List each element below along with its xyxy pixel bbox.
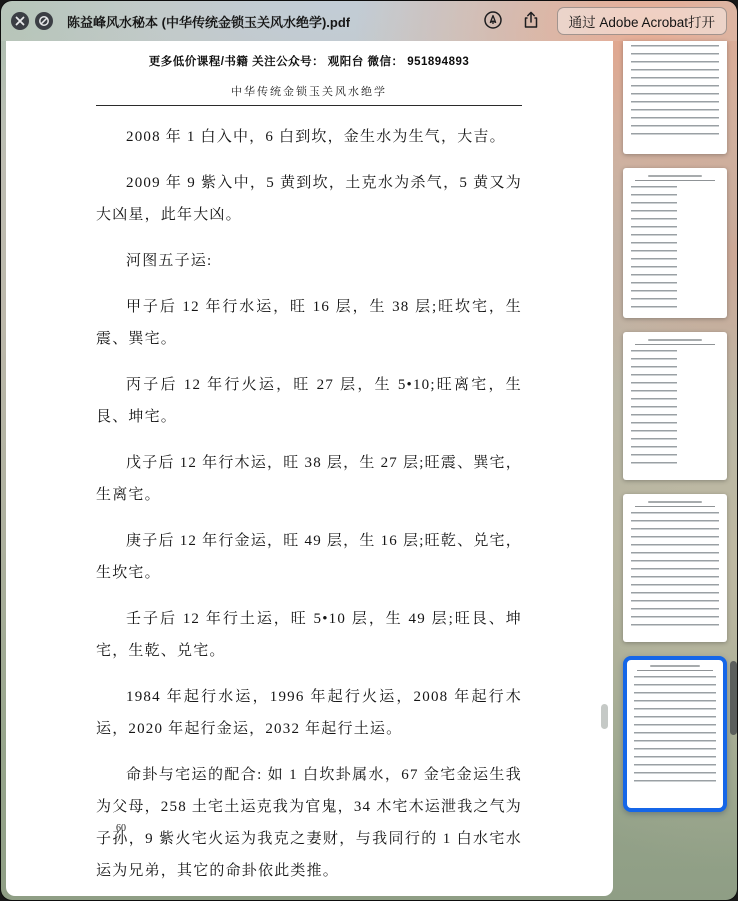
- close-button[interactable]: [11, 12, 29, 30]
- page-thumbnail[interactable]: [623, 168, 727, 318]
- share-button[interactable]: [517, 7, 545, 35]
- paragraph: 庚子后 12 年行金运，旺 49 层，生 16 层;旺乾、兑宅，生坎宅。: [96, 525, 522, 589]
- thumbnail-text-lines: [631, 186, 677, 308]
- paragraph: 2009 年 9 紫入中，5 黄到坎，土克水为杀气，5 黄又为大凶星，此年大凶。: [96, 167, 522, 231]
- open-with-acrobat-button[interactable]: 通过 Adobe Acrobat打开: [557, 7, 727, 35]
- paragraph: 丙子后 12 年行火运，旺 27 层，生 5•10;旺离宅，生艮、坤宅。: [96, 369, 522, 433]
- page-body-text: 2008 年 1 白入中，6 白到坎，金生水为生气，大吉。 2009 年 9 紫…: [96, 121, 522, 887]
- document-scrollbar-thumb[interactable]: [601, 704, 608, 729]
- paragraph: 2008 年 1 白入中，6 白到坎，金生水为生气，大吉。: [96, 121, 522, 153]
- paragraph: 戊子后 12 年行木运，旺 38 层，生 27 层;旺震、巽宅，生离宅。: [96, 447, 522, 511]
- pdf-page: 更多低价课程/书籍 关注公众号： 观阳台 微信： 951894893 中华传统金…: [6, 41, 613, 896]
- thumbnail-text-lines: [631, 45, 719, 141]
- close-icon: [15, 16, 25, 26]
- thumbnail-sidebar: [613, 41, 737, 900]
- paragraph: 河图五子运:: [96, 245, 522, 277]
- page-number: 60: [116, 823, 126, 834]
- page-thumbnail[interactable]: [623, 332, 727, 480]
- paragraph: 壬子后 12 年行土运，旺 5•10 层，生 49 层;旺艮、坤宅，生乾、兑宅。: [96, 603, 522, 667]
- paragraph: 命卦与宅运的配合: 如 1 白坎卦属水，67 金宅金运生我为父母，258 土宅土…: [96, 759, 522, 887]
- page-thumbnail[interactable]: [623, 494, 727, 642]
- share-icon: [521, 10, 541, 33]
- thumbnail-text-lines: [634, 676, 716, 784]
- page-thumbnail[interactable]: [623, 41, 727, 154]
- paragraph: 1984 年起行水运，1996 年起行火运，2008 年起行木运，2020 年起…: [96, 681, 522, 745]
- quicklook-window: 陈益峰风水秘本 (中华传统金锁玉关风水绝学).pdf 通过 Adobe Acro…: [1, 1, 737, 900]
- window-title: 陈益峰风水秘本 (中华传统金锁玉关风水绝学).pdf: [67, 12, 350, 31]
- running-head-title: 中华传统金锁玉关风水绝学: [96, 83, 522, 106]
- block-icon: [38, 15, 50, 27]
- pdf-viewer-pane: 更多低价课程/书籍 关注公众号： 观阳台 微信： 951894893 中华传统金…: [6, 41, 613, 896]
- markup-button[interactable]: [479, 7, 507, 35]
- thumbnail-text-lines: [631, 350, 677, 470]
- paragraph: 甲子后 12 年行水运，旺 16 层，生 38 层;旺坎宅，生震、巽宅。: [96, 291, 522, 355]
- page-thumbnail-selected[interactable]: [623, 656, 727, 812]
- titlebar: 陈益峰风水秘本 (中华传统金锁玉关风水绝学).pdf 通过 Adobe Acro…: [1, 1, 737, 41]
- block-button[interactable]: [35, 12, 53, 30]
- sidebar-scrollbar-thumb[interactable]: [730, 661, 737, 735]
- markup-pen-icon: [483, 10, 503, 33]
- promo-header: 更多低价课程/书籍 关注公众号： 观阳台 微信： 951894893: [96, 53, 522, 69]
- thumbnail-text-lines: [631, 512, 719, 632]
